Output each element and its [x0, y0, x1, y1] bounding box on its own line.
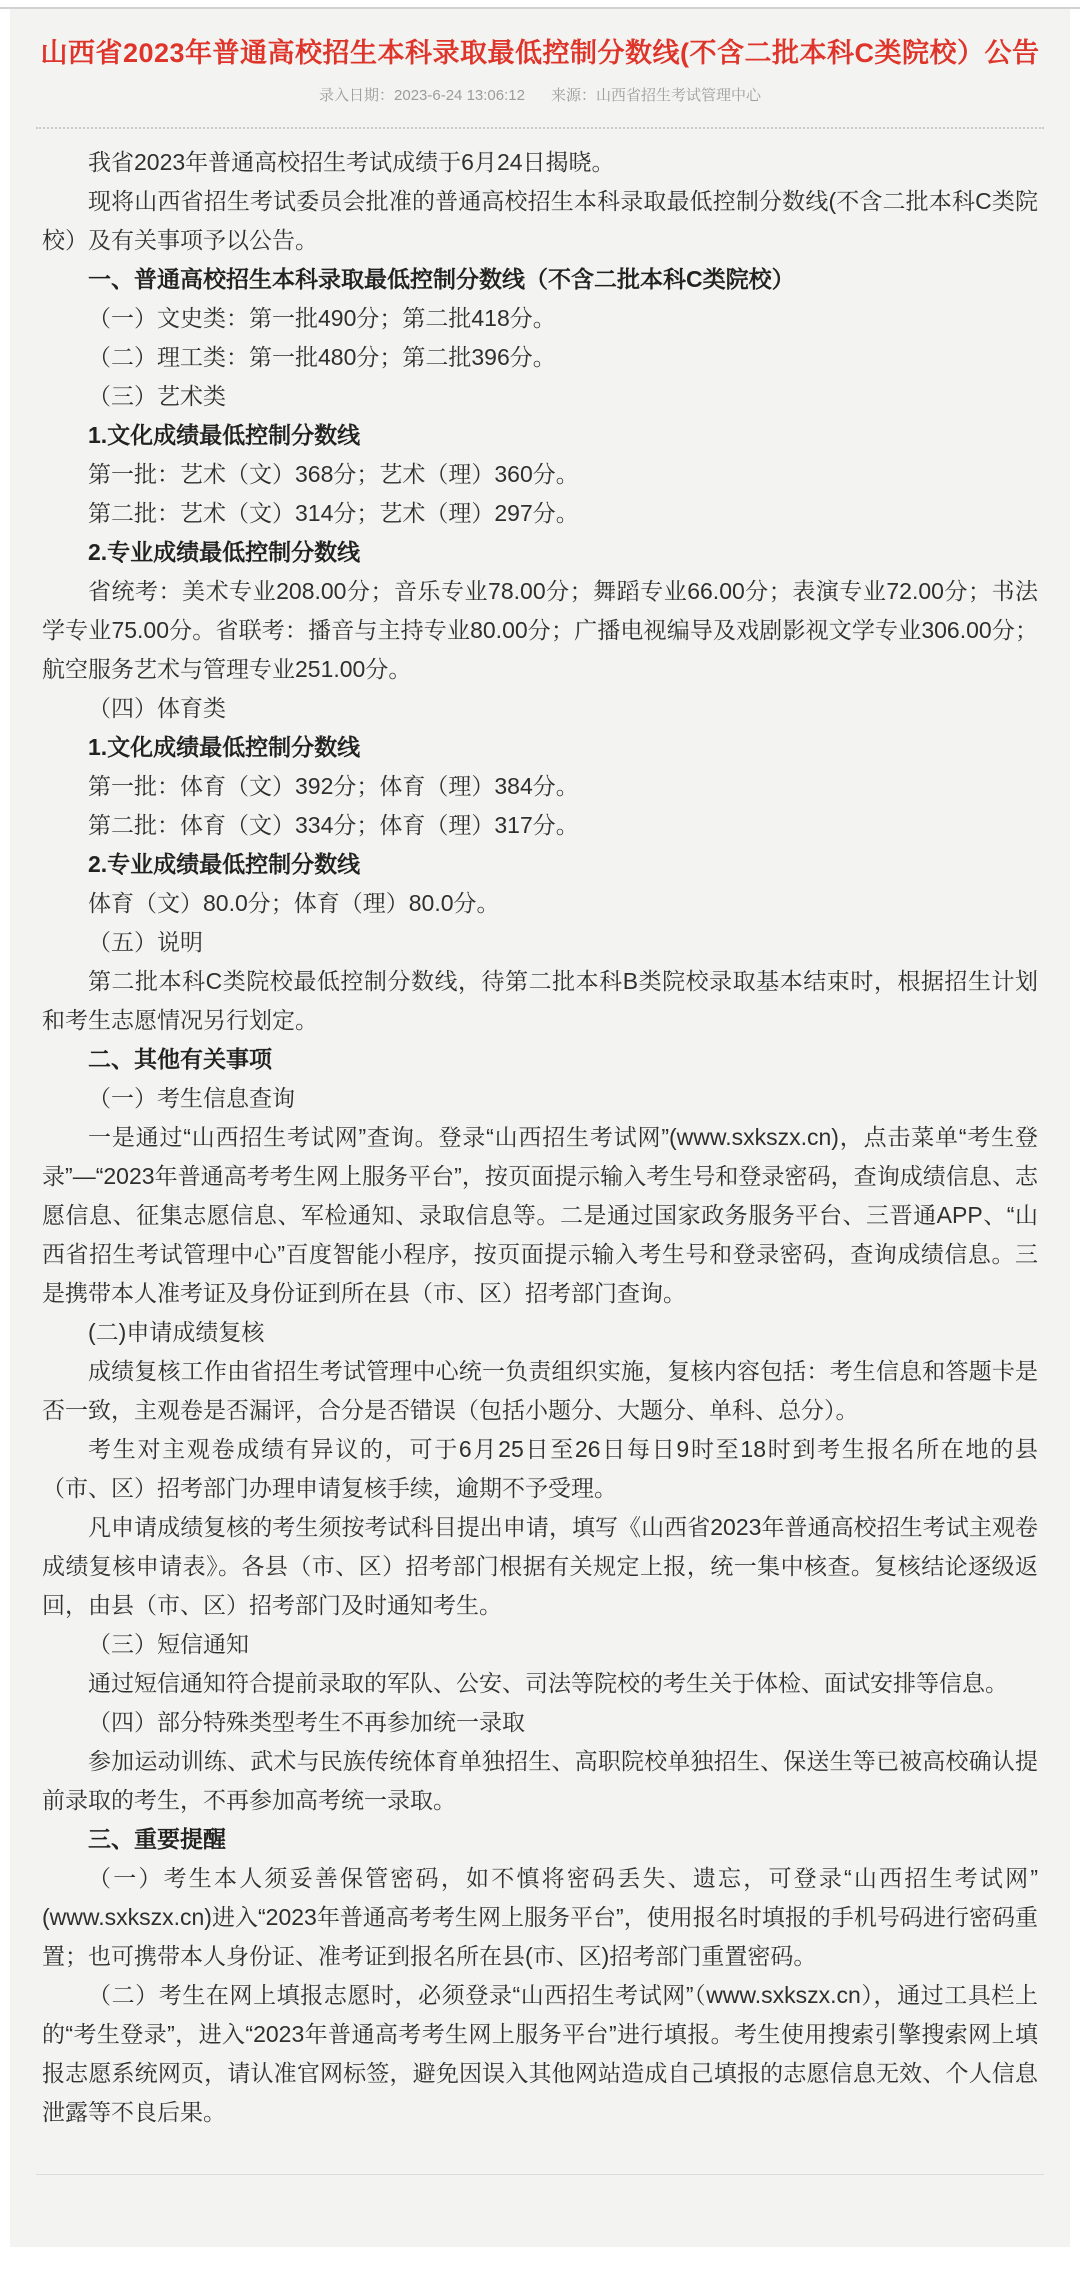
announcement-header: 山西省2023年普通高校招生本科录取最低控制分数线(不含二批本科C类院校）公告 … — [10, 9, 1070, 129]
paragraph: （一）文史类：第一批490分；第二批418分。 — [42, 299, 1038, 338]
sub-heading: 2.专业成绩最低控制分数线 — [42, 533, 1038, 572]
page-title: 山西省2023年普通高校招生本科录取最低控制分数线(不含二批本科C类院校）公告 — [10, 35, 1070, 71]
announcement-card: 山西省2023年普通高校招生本科录取最低控制分数线(不含二批本科C类院校）公告 … — [10, 9, 1070, 2247]
source-value: 山西省招生考试管理中心 — [596, 87, 761, 104]
sub-heading: 2.专业成绩最低控制分数线 — [42, 845, 1038, 884]
paragraph: 第一批：体育（文）392分；体育（理）384分。 — [42, 767, 1038, 806]
sub-heading: 1.文化成绩最低控制分数线 — [42, 416, 1038, 455]
paragraph: (二)申请成绩复核 — [42, 1313, 1038, 1352]
section-heading: 三、重要提醒 — [42, 1820, 1038, 1859]
paragraph: （一）考生信息查询 — [42, 1079, 1038, 1118]
paragraph: （四）体育类 — [42, 689, 1038, 728]
paragraph: 凡申请成绩复核的考生须按考试科目提出申请，填写《山西省2023年普通高校招生考试… — [42, 1508, 1038, 1625]
paragraph: 一是通过“山西招生考试网”查询。登录“山西招生考试网”(www.sxkszx.c… — [42, 1118, 1038, 1313]
paragraph: （二）考生在网上填报志愿时，必须登录“山西招生考试网”（www.sxkszx.c… — [42, 1976, 1038, 2132]
paragraph: 我省2023年普通高校招生考试成绩于6月24日揭晓。 — [42, 143, 1038, 182]
announcement-page: { "page": { "title": "山西省2023年普通高校招生本科录取… — [0, 0, 1080, 2271]
paragraph: （二）理工类：第一批480分；第二批396分。 — [42, 338, 1038, 377]
paragraph: 第二批：体育（文）334分；体育（理）317分。 — [42, 806, 1038, 845]
paragraph: （三）艺术类 — [42, 377, 1038, 416]
paragraph: 体育（文）80.0分；体育（理）80.0分。 — [42, 884, 1038, 923]
paragraph: 现将山西省招生考试委员会批准的普通高校招生本科录取最低控制分数线(不含二批本科C… — [42, 182, 1038, 260]
source-label: 来源： — [551, 87, 596, 104]
paragraph: 第二批本科C类院校最低控制分数线，待第二批本科B类院校录取基本结束时，根据招生计… — [42, 962, 1038, 1040]
entry-date-label: 录入日期： — [319, 87, 394, 104]
paragraph: 考生对主观卷成绩有异议的，可于6月25日至26日每日9时至18时到考生报名所在地… — [42, 1430, 1038, 1508]
paragraph: （三）短信通知 — [42, 1625, 1038, 1664]
meta-line: 录入日期：2023-6-24 13:06:12来源：山西省招生考试管理中心 — [10, 86, 1070, 106]
paragraph: 第二批：艺术（文）314分；艺术（理）297分。 — [42, 494, 1038, 533]
paragraph: 参加运动训练、武术与民族传统体育单独招生、高职院校单独招生、保送生等已被高校确认… — [42, 1742, 1038, 1820]
entry-date-value: 2023-6-24 13:06:12 — [394, 87, 525, 104]
paragraph: 成绩复核工作由省招生考试管理中心统一负责组织实施，复核内容包括：考生信息和答题卡… — [42, 1352, 1038, 1430]
paragraph: 通过短信通知符合提前录取的军队、公安、司法等院校的考生关于体检、面试安排等信息。 — [42, 1664, 1038, 1703]
footer-divider — [36, 2174, 1044, 2175]
announcement-body: 我省2023年普通高校招生考试成绩于6月24日揭晓。 现将山西省招生考试委员会批… — [10, 129, 1070, 2132]
paragraph: 第一批：艺术（文）368分；艺术（理）360分。 — [42, 455, 1038, 494]
paragraph: （四）部分特殊类型考生不再参加统一录取 — [42, 1703, 1038, 1742]
section-heading: 一、普通高校招生本科录取最低控制分数线（不含二批本科C类院校） — [42, 260, 1038, 299]
paragraph: （一）考生本人须妥善保管密码，如不慎将密码丢失、遗忘，可登录“山西招生考试网”(… — [42, 1859, 1038, 1976]
section-heading: 二、其他有关事项 — [42, 1040, 1038, 1079]
paragraph: （五）说明 — [42, 923, 1038, 962]
sub-heading: 1.文化成绩最低控制分数线 — [42, 728, 1038, 767]
paragraph: 省统考：美术专业208.00分；音乐专业78.00分；舞蹈专业66.00分；表演… — [42, 572, 1038, 689]
